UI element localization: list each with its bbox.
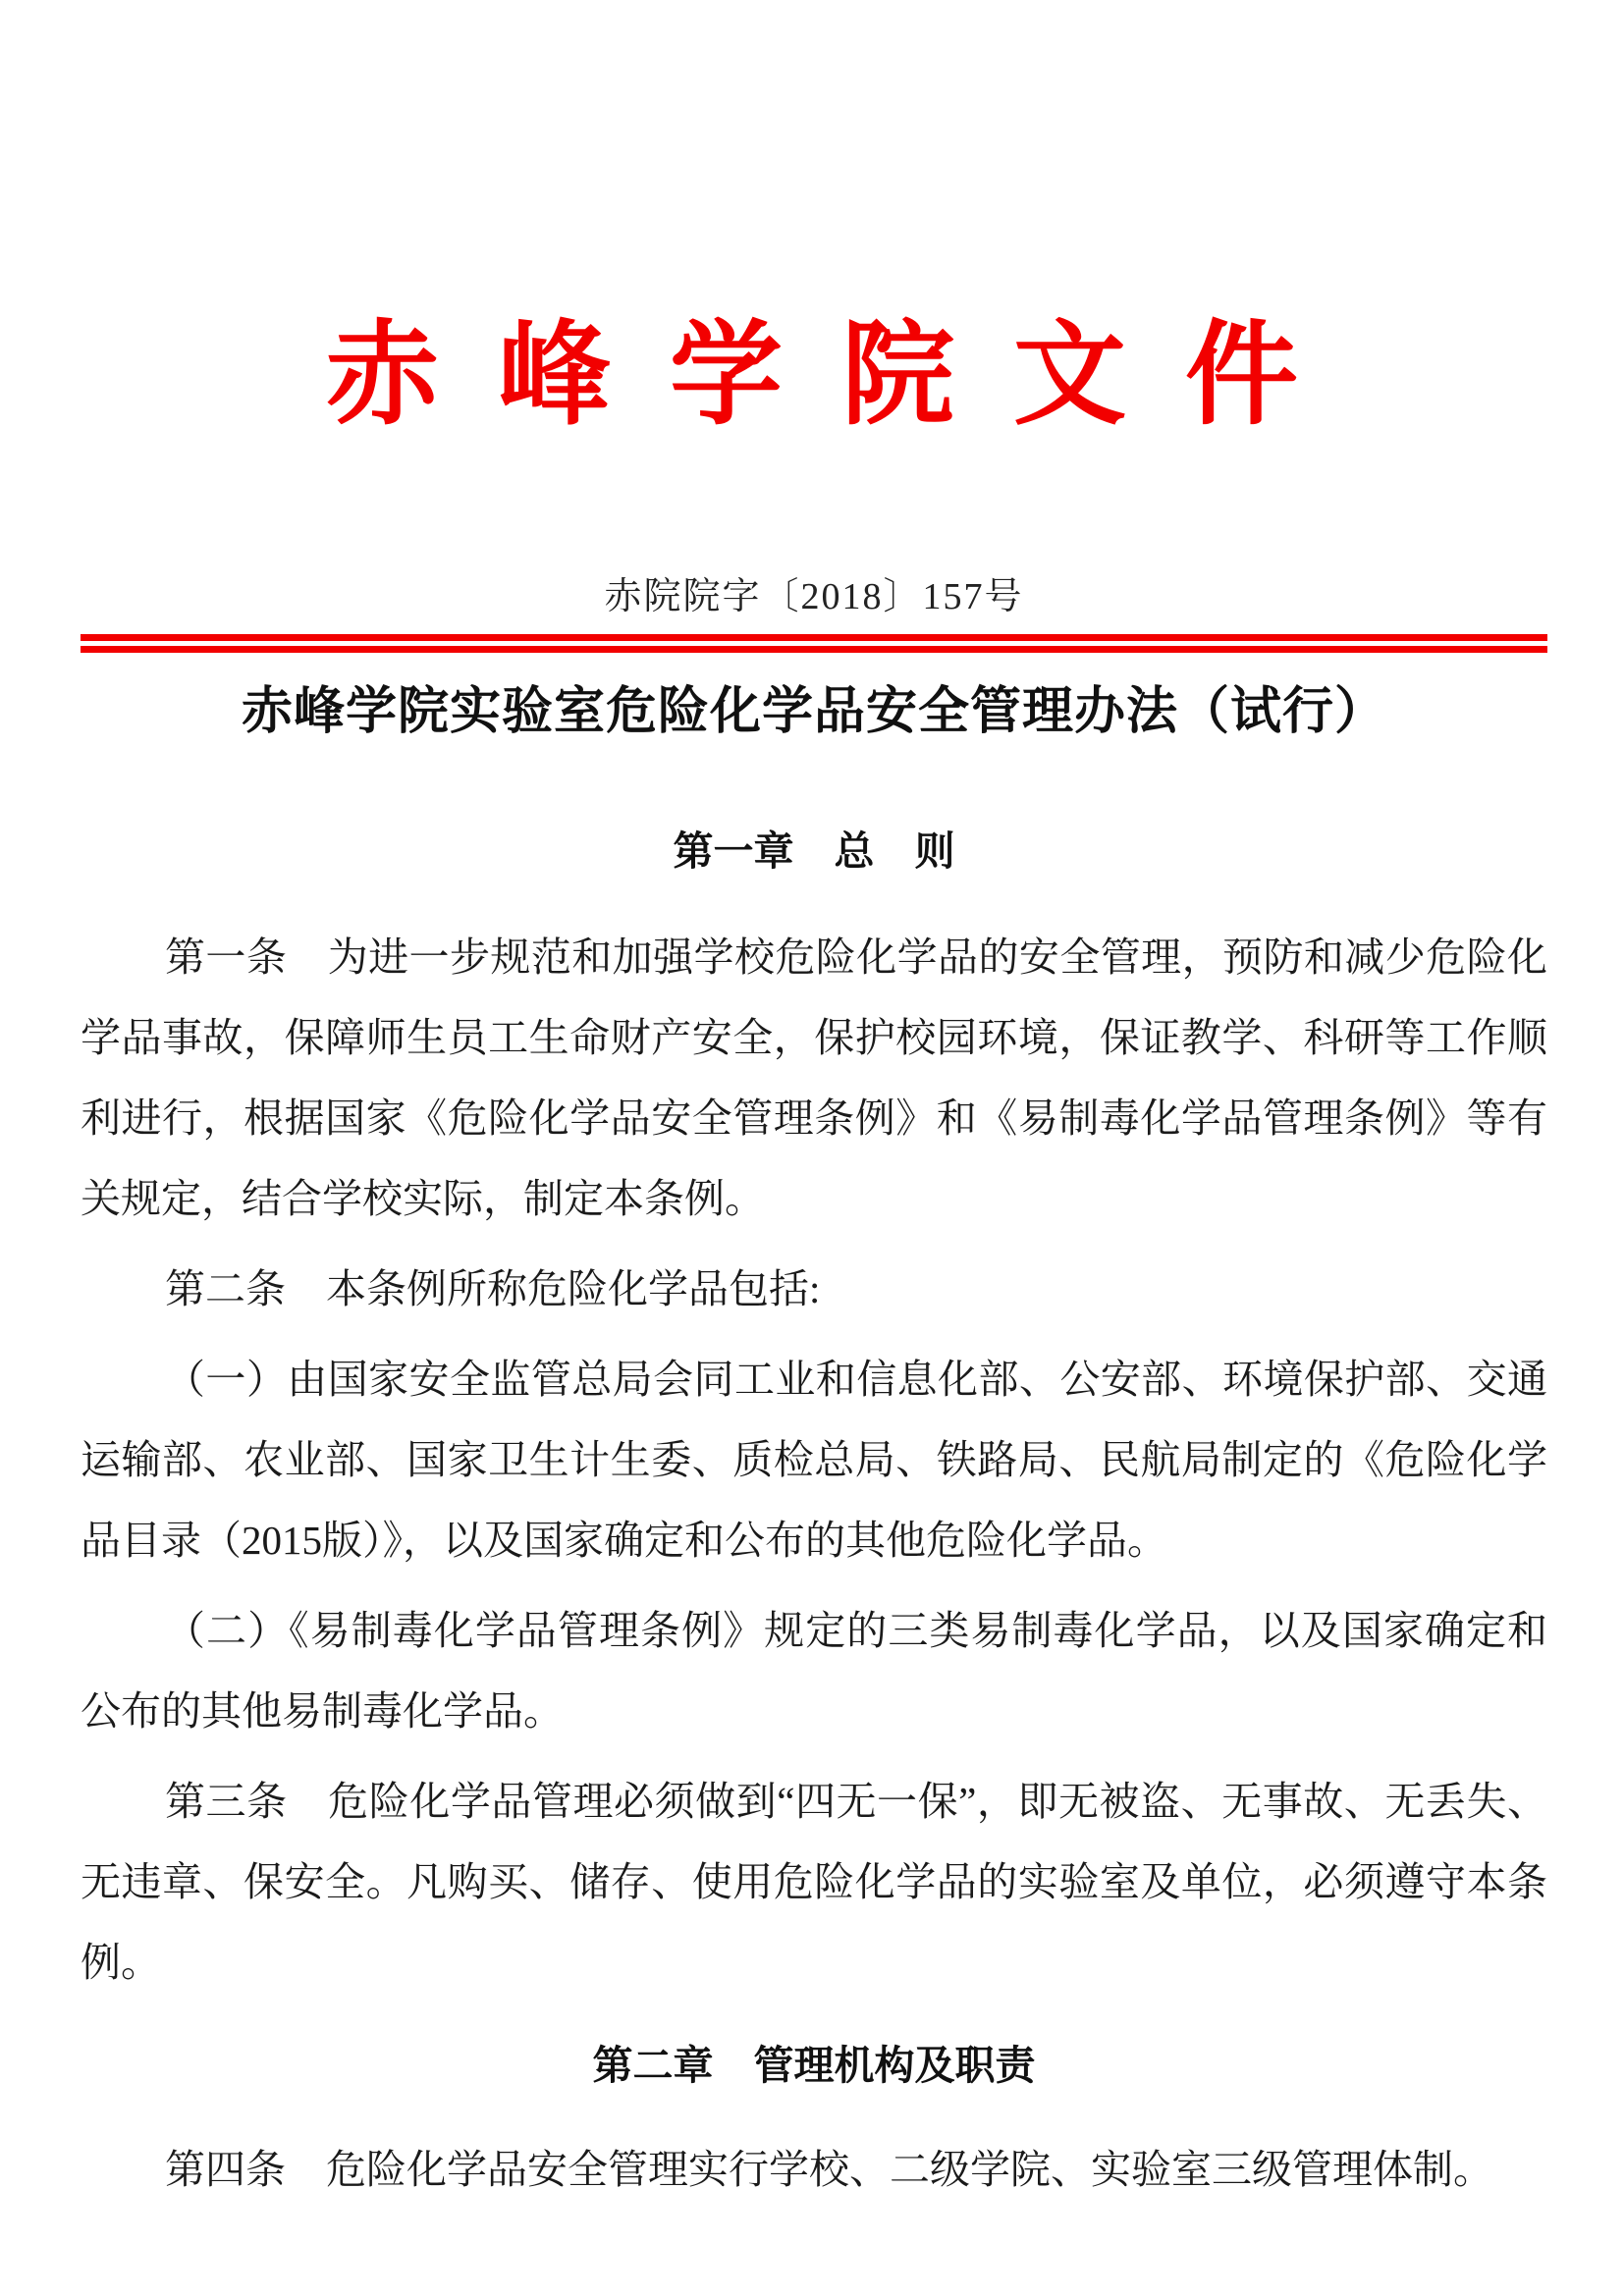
paragraph-article-4: 第四条 危险化学品安全管理实行学校、二级学院、实验室三级管理体制。: [81, 2129, 1547, 2210]
red-double-rule: [81, 634, 1547, 653]
doc-title: 赤峰学院实验室危险化学品安全管理办法（试行）: [81, 684, 1547, 741]
document-page: 赤峰学院文件 赤院院字〔2018〕157号 赤峰学院实验室危险化学品安全管理办法…: [0, 0, 1624, 2296]
chapter-2-heading: 第二章 管理机构及职责: [81, 2042, 1547, 2089]
chapter-2-body: 第四条 危险化学品安全管理实行学校、二级学院、实验室三级管理体制。: [81, 2129, 1547, 2210]
paragraph-article-2-item-2: （二）《易制毒化学品管理条例》规定的三类易制毒化学品，以及国家确定和公布的其他易…: [81, 1590, 1547, 1751]
paragraph-article-1: 第一条 为进一步规范和加强学校危险化学品的安全管理，预防和减少危险化学品事故，保…: [81, 917, 1547, 1239]
doc-number: 赤院院字〔2018〕157号: [81, 575, 1547, 618]
org-title: 赤峰学院文件: [0, 0, 1624, 440]
red-rule-top: [81, 634, 1547, 641]
paragraph-article-2-item-1: （一）由国家安全监管总局会同工业和信息化部、公安部、环境保护部、交通运输部、农业…: [81, 1339, 1547, 1580]
chapter-1-body: 第一条 为进一步规范和加强学校危险化学品的安全管理，预防和减少危险化学品事故，保…: [81, 917, 1547, 2002]
chapter-1-heading: 第一章 总 则: [81, 828, 1547, 875]
paragraph-article-2: 第二条 本条例所称危险化学品包括:: [81, 1249, 1547, 1329]
red-rule-bottom: [81, 646, 1547, 653]
paragraph-article-3: 第三条 危险化学品管理必须做到“四无一保”，即无被盗、无事故、无丢失、无违章、保…: [81, 1761, 1547, 2002]
